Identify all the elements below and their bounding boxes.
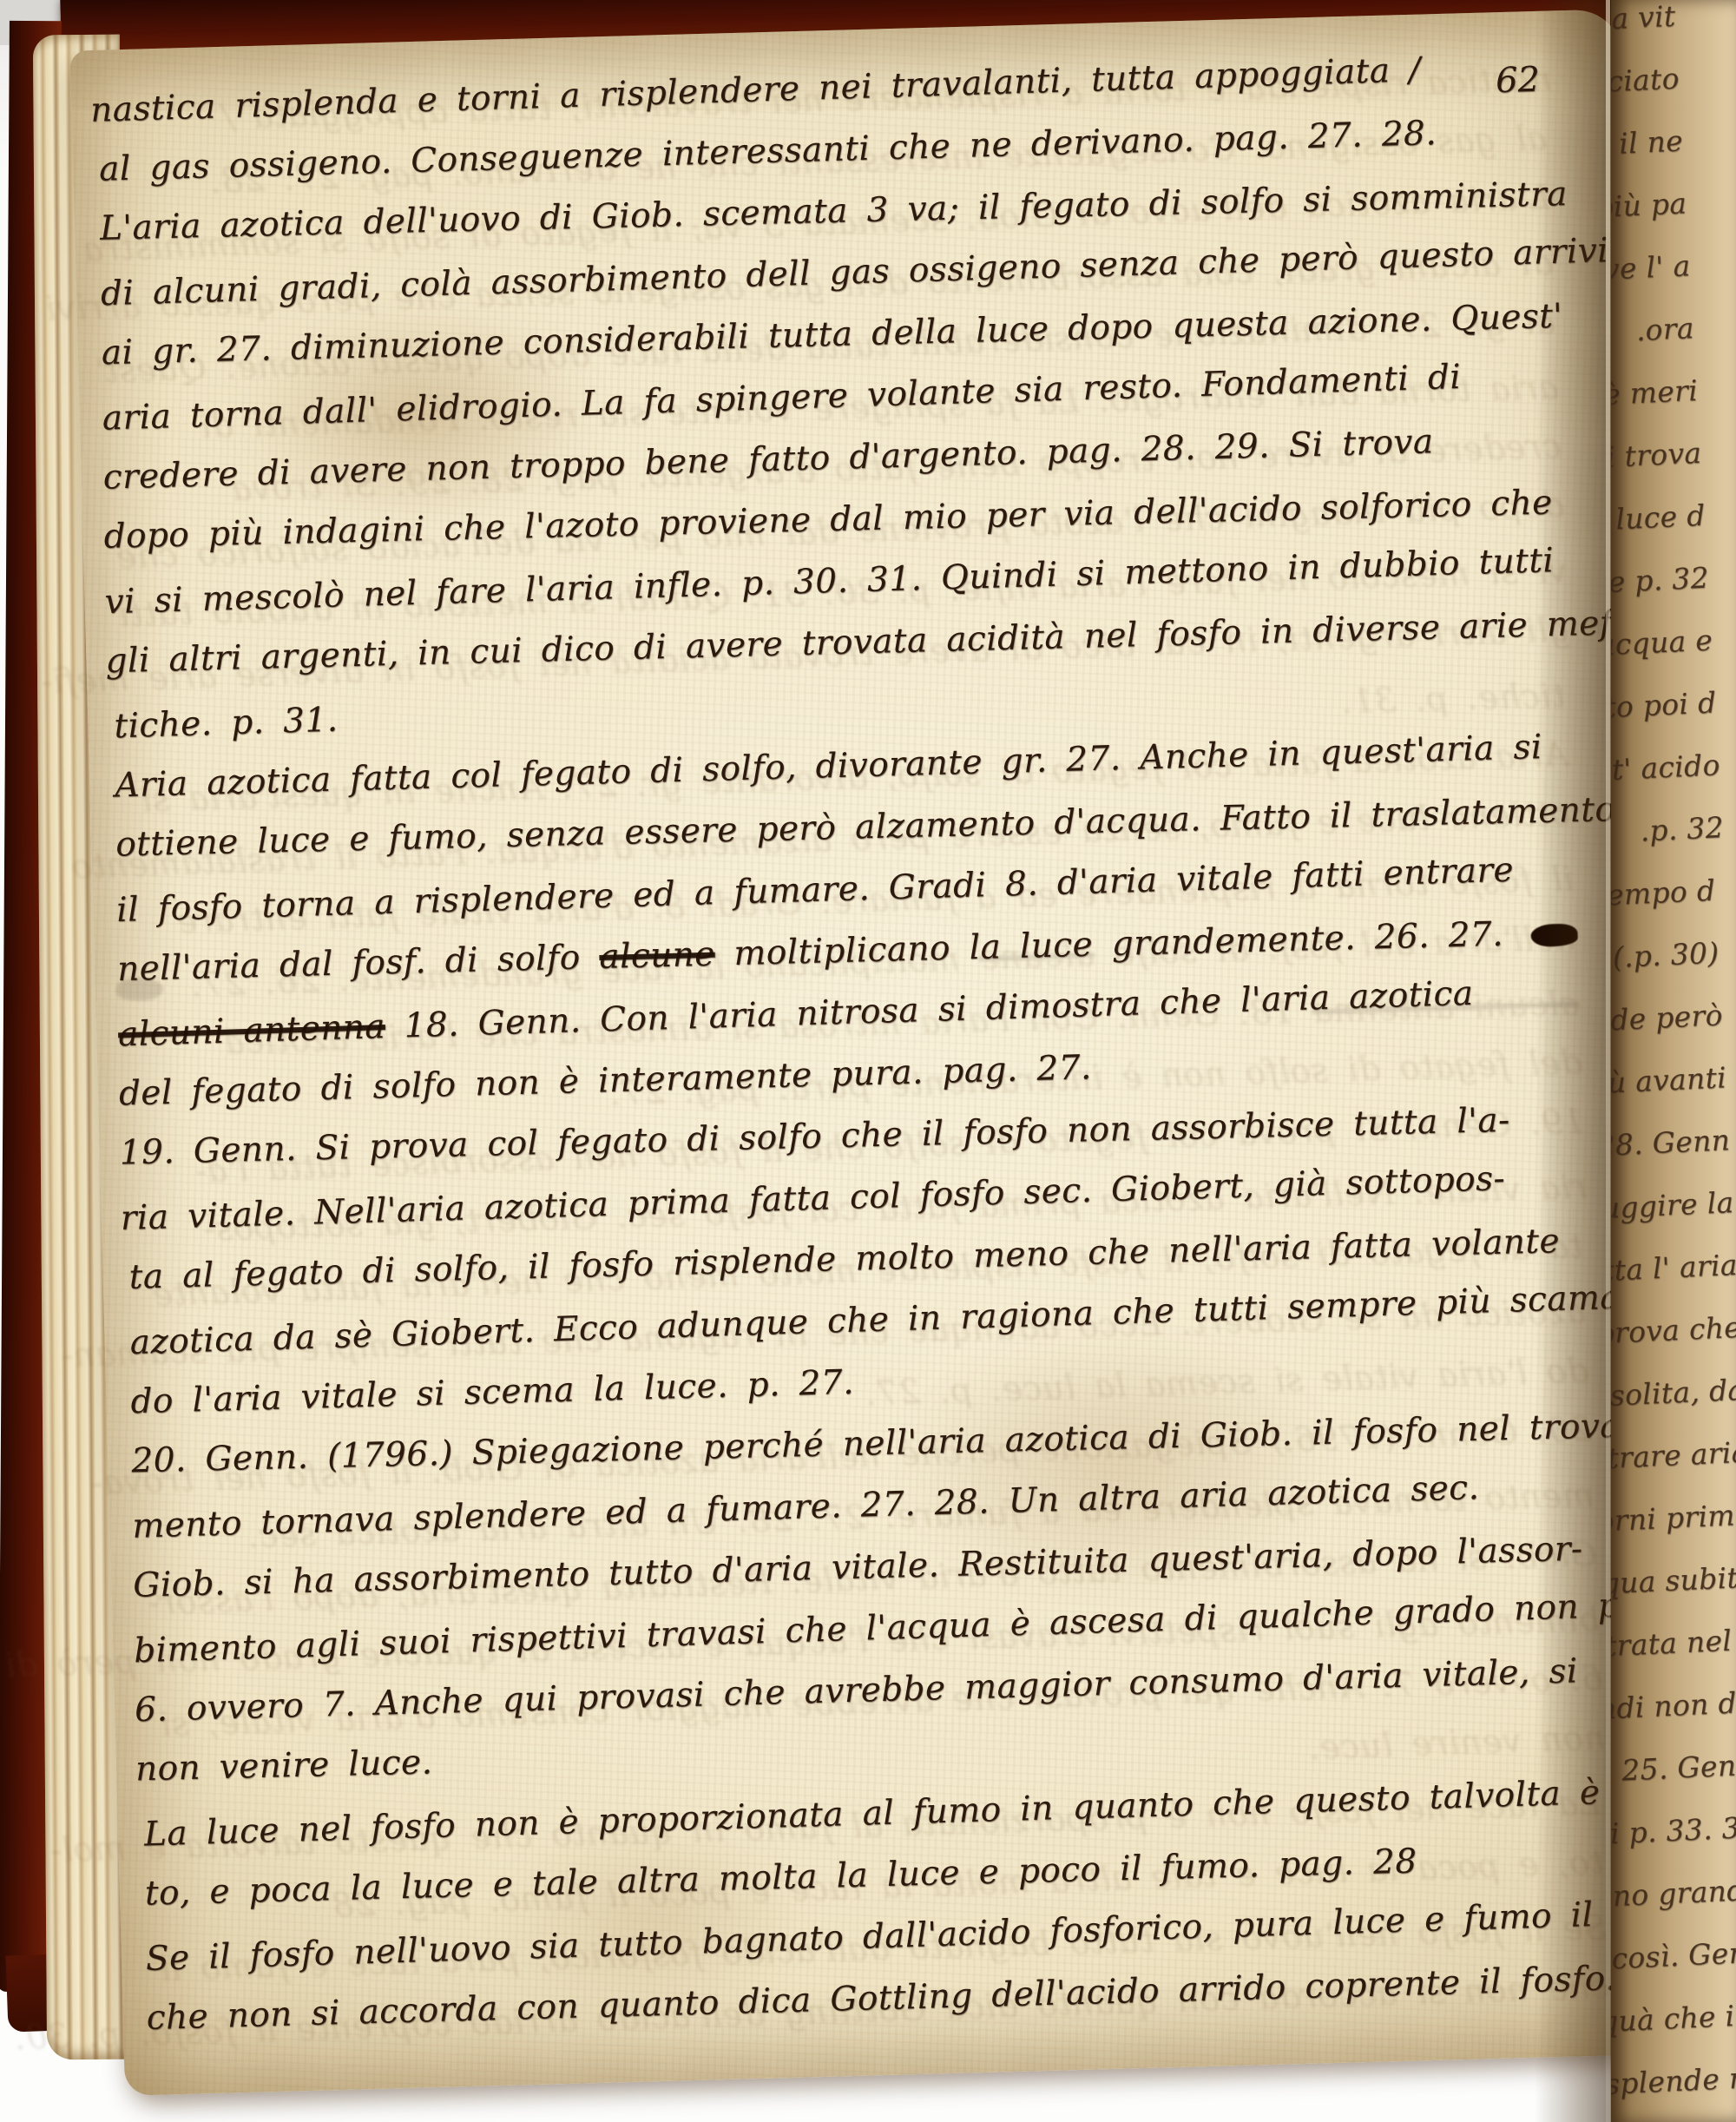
next-page-text-fragment: p. Fatto poi d bbox=[1611, 685, 1726, 753]
next-page-text-fragment: di quest' acido bbox=[1611, 748, 1729, 815]
next-page-text-fragment: quà che il v bbox=[1651, 1997, 1736, 2065]
next-page-text-fragment: e si prova che bbox=[1622, 1309, 1736, 1377]
next-page-text-fragment: all' acqua subito bbox=[1637, 1559, 1736, 1627]
ink-blot bbox=[1530, 923, 1578, 946]
next-page-text-fragment: con tutta l' aria bbox=[1619, 1248, 1736, 1315]
next-page-text-fragment: mi di fuggire la bbox=[1615, 1185, 1736, 1253]
next-page-text-fragment: ora. bbox=[1611, 311, 1703, 379]
next-page-text-fragment: sottomano grande bbox=[1644, 1872, 1736, 1940]
next-page-edge: mo l' aria vitha cominciatostica però il… bbox=[1611, 0, 1736, 2122]
next-page-text-fragment: e p. 32. bbox=[1611, 560, 1718, 628]
next-page-text-fragment: onde la luce d bbox=[1611, 498, 1714, 565]
next-page-text-fragment: solita, da bbox=[1626, 1372, 1736, 1440]
next-page-text-fragment: i p. 33. 34. bbox=[1640, 1809, 1736, 1877]
next-page-text-fragment: dentro più pa bbox=[1611, 186, 1696, 254]
next-page-text-fragment: ma così. Genn. bbox=[1647, 1934, 1736, 2002]
next-page-text-fragment: vuoto / dove l' a bbox=[1611, 248, 1700, 316]
next-page-text-fragment: risplende però bbox=[1611, 998, 1732, 1065]
next-page-text-fragment: il fumo è meri bbox=[1611, 373, 1706, 441]
next-page-text-fragment: del tempo d bbox=[1611, 873, 1724, 940]
next-page-text-fragment: risplende me bbox=[1654, 2059, 1736, 2122]
next-page-text-fragment: ha cominciato bbox=[1611, 61, 1688, 129]
manuscript-page: nastica risplenda e torni a risplendere … bbox=[69, 9, 1676, 2096]
next-page-text-fragment: sta p. 28. Genn. bbox=[1611, 1123, 1736, 1190]
next-page-text-fragment: ana 25. Genn. bbox=[1636, 1747, 1736, 1815]
next-page-text-fragment: mo l' aria vit bbox=[1611, 0, 1685, 67]
page-edge-highlight bbox=[1606, 0, 1610, 2122]
next-page-text-fragment: po, non si trova bbox=[1611, 435, 1711, 503]
next-page-text-fragment: i giorni prima bbox=[1634, 1497, 1736, 1565]
next-page-text-fragment: che l' acqua e bbox=[1611, 623, 1721, 690]
next-page-text-fragment: (p. 30.) non rispl bbox=[1611, 935, 1728, 1003]
folio-number: 62 bbox=[1495, 60, 1540, 101]
next-page-text-fragment: stica però il ne bbox=[1611, 123, 1692, 191]
next-page-text-fragment: entrare aria bbox=[1630, 1434, 1736, 1502]
manuscript-photograph: nastica risplenda e torni a risplendere … bbox=[0, 0, 1736, 2122]
struck-through-text: alcune bbox=[599, 935, 715, 977]
struck-through-text: alcuni antenna bbox=[117, 1007, 385, 1054]
next-page-text-fragment: sca più avanti bbox=[1611, 1060, 1735, 1128]
handwritten-text-block: nastica risplenda e torni a risplendere … bbox=[94, 49, 1593, 2078]
next-page-partial-text: mo l' aria vitha cominciatostica però il… bbox=[1611, 0, 1736, 2122]
next-page-text-fragment: nel Quindi non dal bbox=[1645, 1684, 1736, 1752]
next-page-text-fragment: p. 32. bbox=[1611, 810, 1733, 878]
next-page-text-fragment: così entrata nel p bbox=[1641, 1622, 1736, 1690]
